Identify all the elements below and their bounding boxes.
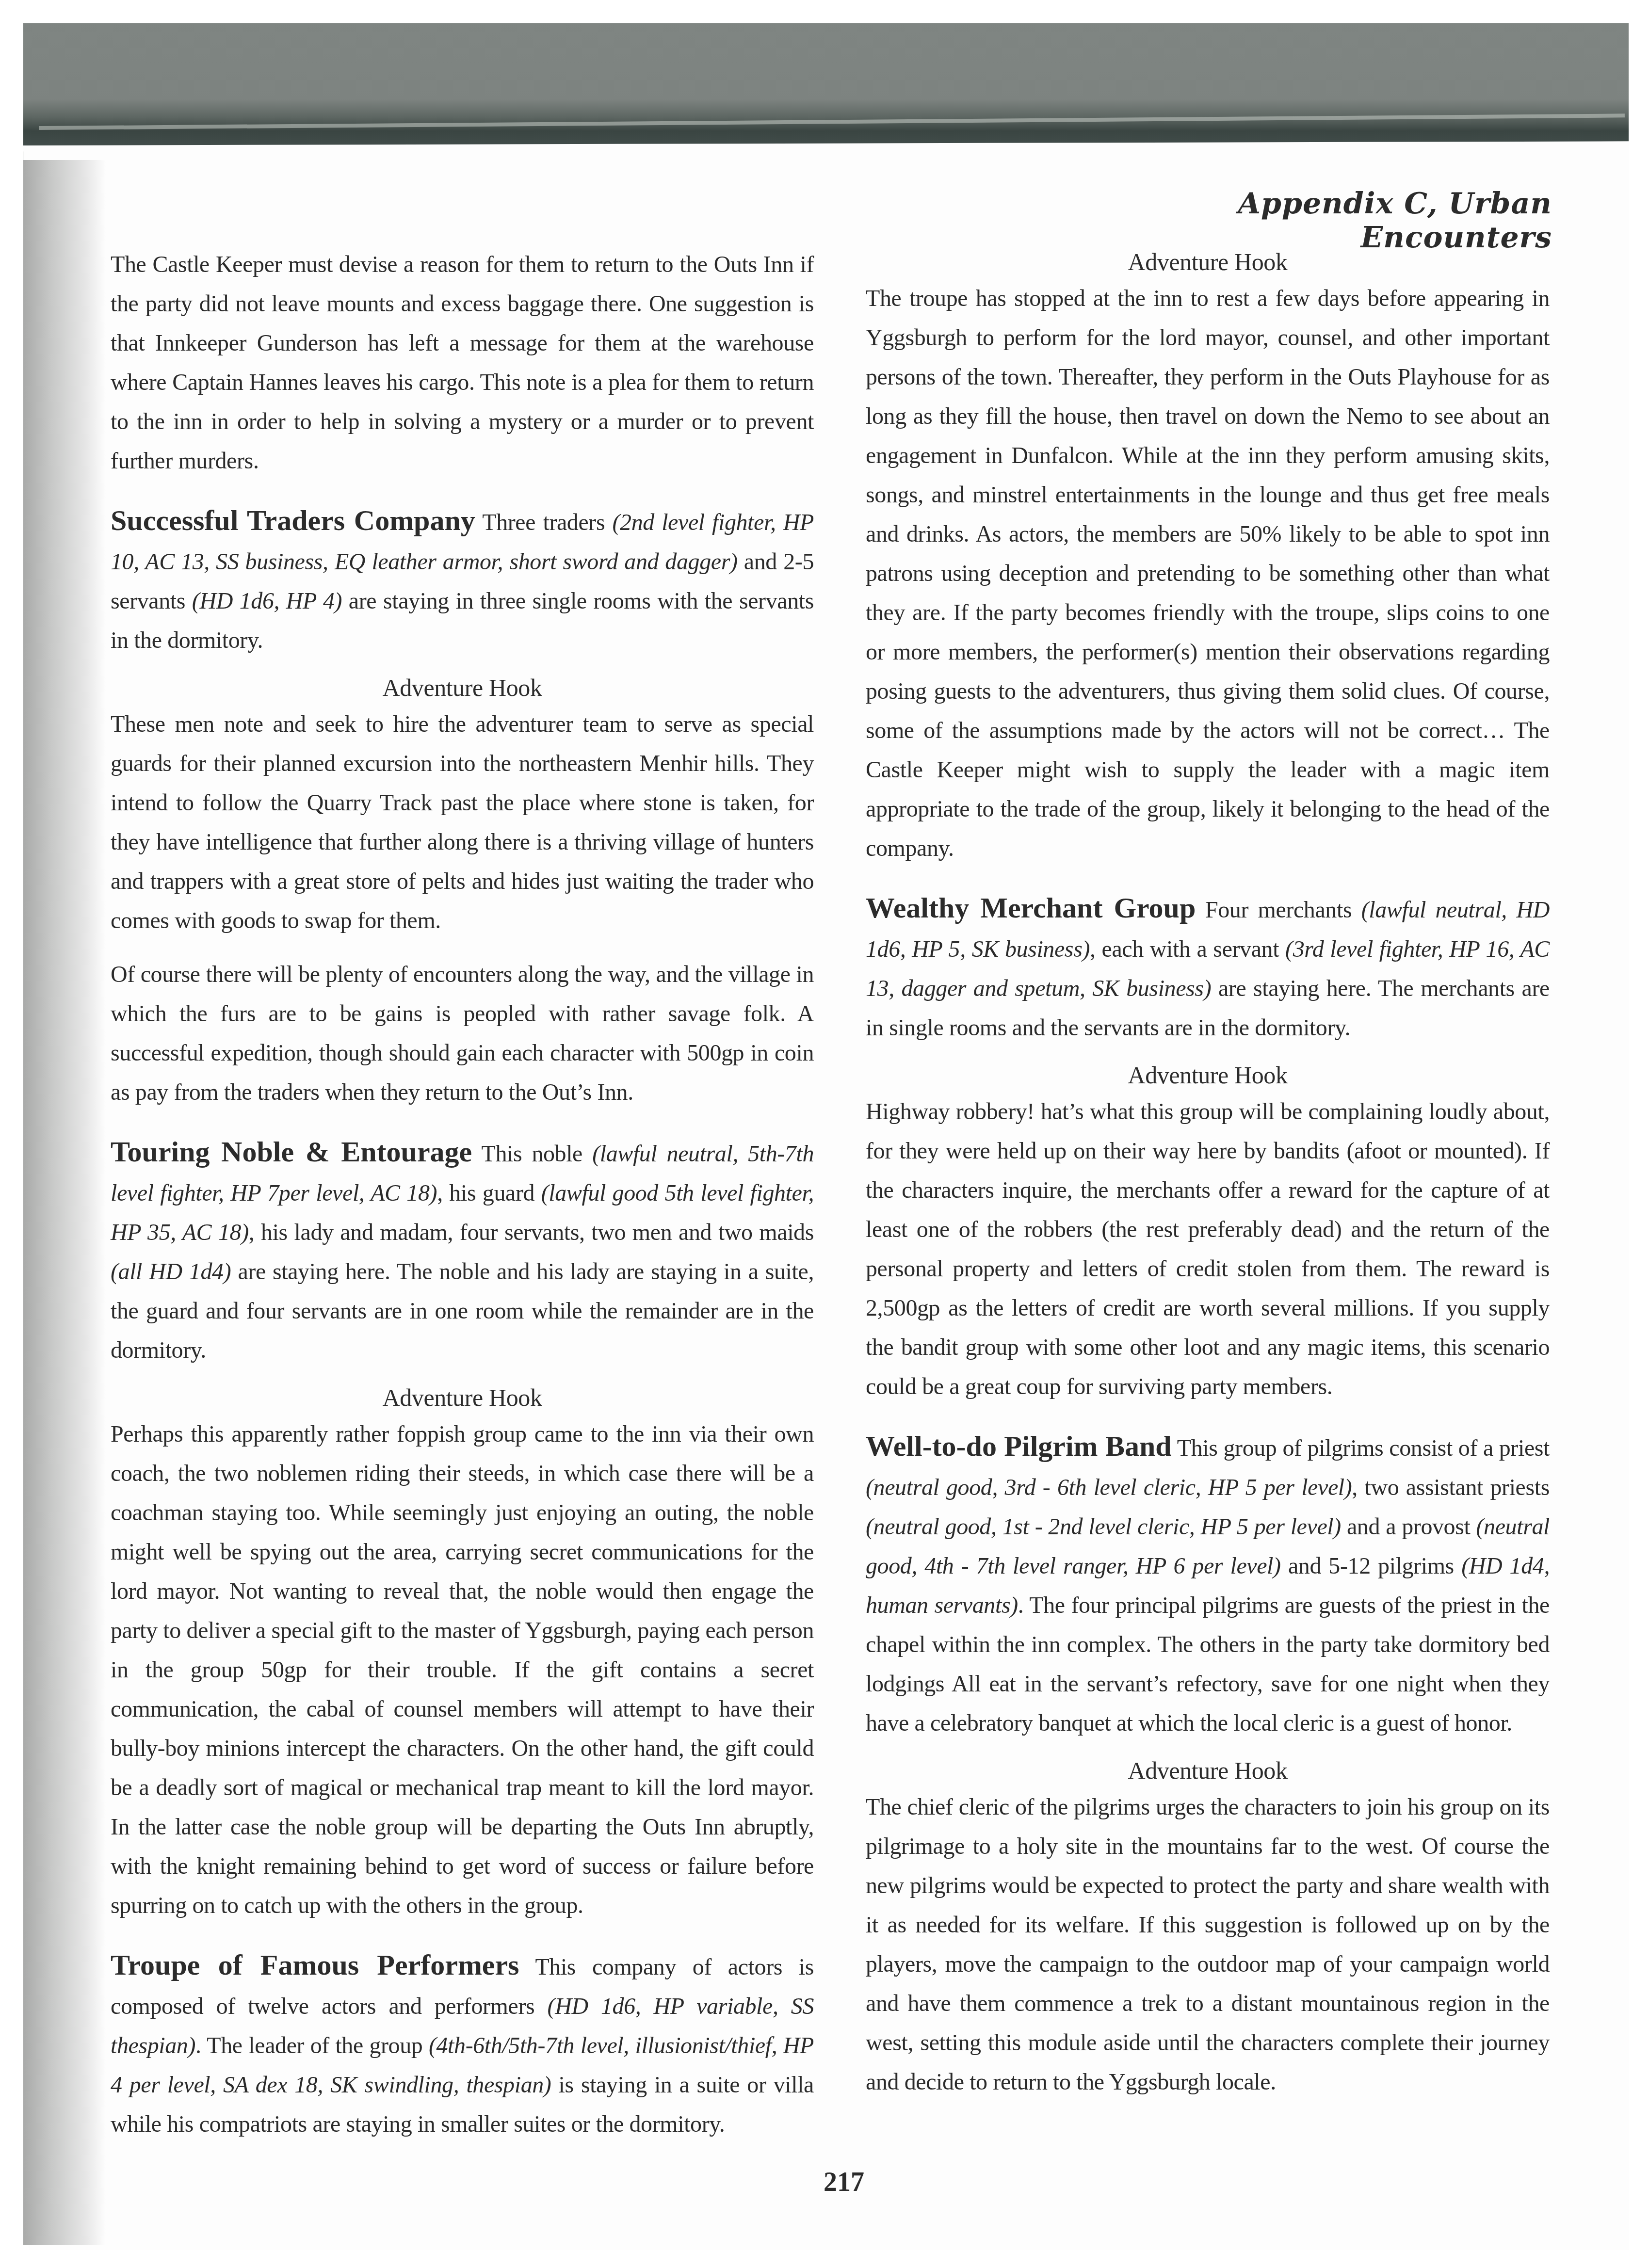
entry-pilgrim-band: Well-to-do Pilgrim Band This group of pi…: [866, 1427, 1550, 1743]
entry-troupe-performers: Troupe of Famous Performers This company…: [111, 1946, 814, 2144]
adventure-hook-heading: Adventure Hook: [866, 1753, 1550, 1787]
entry-title: Troupe of Famous Performers: [111, 1949, 519, 1981]
gutter-shadow: [23, 160, 106, 2245]
adventure-hook-heading: Adventure Hook: [866, 245, 1550, 279]
entry-wealthy-merchants: Wealthy Merchant Group Four merchants (l…: [866, 888, 1550, 1047]
entry-title: Touring Noble & Entourage: [111, 1136, 472, 1168]
left-column: The Castle Keeper must devise a reason f…: [111, 245, 814, 2144]
scanner-lid-band: [23, 23, 1629, 161]
entry-successful-traders: Successful Traders Company Three traders…: [111, 501, 814, 660]
hook-paragraph: The troupe has stopped at the inn to res…: [866, 279, 1550, 868]
adventure-hook-heading: Adventure Hook: [111, 671, 814, 705]
entry-touring-noble: Touring Noble & Entourage This noble (la…: [111, 1132, 814, 1370]
intro-paragraph: The Castle Keeper must devise a reason f…: [111, 245, 814, 481]
entry-title: Wealthy Merchant Group: [866, 892, 1196, 924]
hook-paragraph: These men note and seek to hire the adve…: [111, 705, 814, 940]
right-column: Adventure Hook The troupe has stopped at…: [866, 245, 1550, 2102]
entry-title: Successful Traders Company: [111, 504, 475, 536]
hook-paragraph: The chief cleric of the pilgrims urges t…: [866, 1787, 1550, 2102]
hook-paragraph: Perhaps this apparently rather foppish g…: [111, 1415, 814, 1925]
adventure-hook-heading: Adventure Hook: [111, 1381, 814, 1415]
scan-bottom-margin: [0, 2250, 1649, 2268]
scan-top-margin: [0, 0, 1649, 23]
page-number: 217: [820, 2167, 868, 2198]
hook-paragraph: Of course there will be plenty of encoun…: [111, 955, 814, 1112]
scan-right-margin: [1629, 0, 1649, 2268]
running-head: Appendix C, Urban Encounters: [1130, 187, 1552, 255]
entry-title: Well-to-do Pilgrim Band: [866, 1430, 1172, 1462]
adventure-hook-heading: Adventure Hook: [866, 1058, 1550, 1092]
hook-paragraph: Highway robbery! hat’s what this group w…: [866, 1092, 1550, 1406]
